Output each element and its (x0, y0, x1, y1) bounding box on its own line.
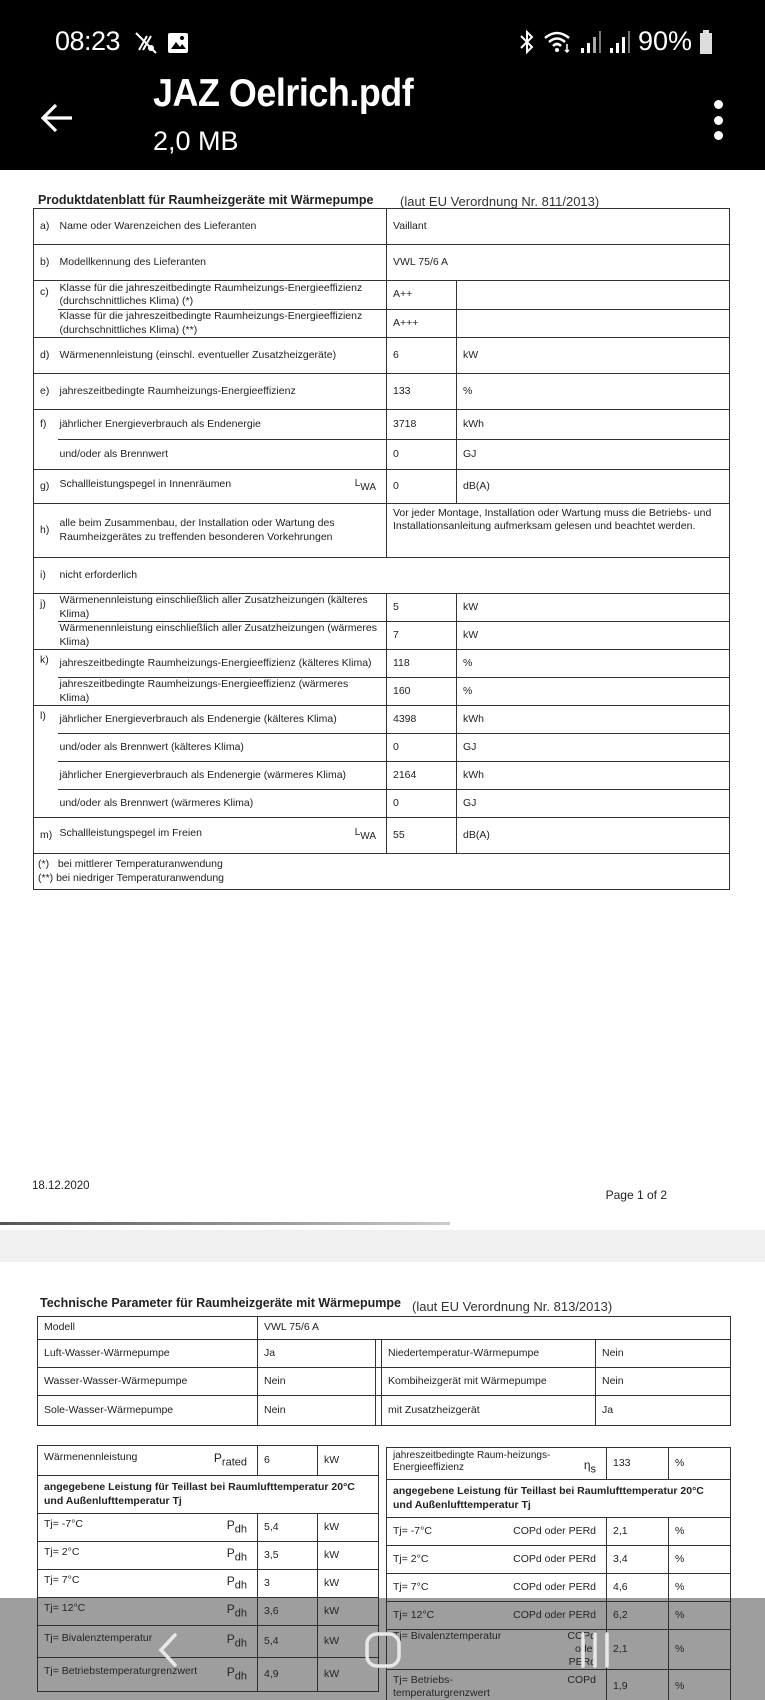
mute-icon (133, 30, 159, 56)
product-data-table: a) Name oder Warenzeichen des Lieferante… (33, 208, 730, 890)
table-row: und/oder als Brennwert 0 GJ (34, 440, 730, 470)
page2-title: Technische Parameter für Raumheizgeräte … (40, 1296, 401, 1310)
table-row: Sole-Wasser-WärmepumpeNein mit Zusatzhei… (38, 1396, 731, 1426)
table-row: d) Wärmenennleistung (einschl. eventuell… (34, 338, 730, 374)
battery-percent: 90% (638, 26, 692, 57)
table-row: und/oder als Brennwert (wärmeres Klima) … (34, 790, 730, 818)
table-row: Tj= -7°CPdh5,4kW (38, 1514, 379, 1542)
table-row: j) Wärmenennleistung einschließlich alle… (34, 594, 730, 622)
table-row: l) jährlicher Energieverbrauch als Enden… (34, 706, 730, 734)
wifi-icon (543, 30, 573, 54)
bluetooth-icon (518, 29, 536, 55)
table-row: Tj= 7°CPdh3kW (38, 1570, 379, 1598)
back-icon (148, 1630, 188, 1670)
more-vertical-icon (714, 100, 723, 109)
table-row: und/oder als Brennwert (kälteres Klima) … (34, 734, 730, 762)
table-row: Tj= 2°CPdh3,5kW (38, 1542, 379, 1570)
image-icon (167, 32, 189, 54)
arrow-left-icon (38, 98, 78, 138)
page-divider (0, 1222, 450, 1225)
recents-icon (575, 1630, 615, 1670)
page1-title: Produktdatenblatt für Raumheizgeräte mit… (38, 193, 373, 207)
nav-recents-button[interactable] (575, 1630, 615, 1670)
nav-home-button[interactable] (363, 1630, 403, 1670)
signal-icon (609, 30, 631, 54)
table-row: e) jahreszeitbedingte Raumheizungs-Energ… (34, 374, 730, 410)
page2-regulation: (laut EU Verordnung Nr. 813/2013) (412, 1299, 612, 1314)
home-icon (363, 1630, 403, 1670)
pdf-page-1[interactable]: Produktdatenblatt für Raumheizgeräte mit… (0, 170, 765, 1230)
table-row: (*) bei mittlerer Temperaturanwendung (*… (34, 854, 730, 890)
system-nav-bar (0, 1598, 765, 1700)
footnotes: (*) bei mittlerer Temperaturanwendung (*… (34, 854, 730, 890)
table-row: h) alle beim Zusammenbau, der Installati… (34, 504, 730, 558)
table-row: Tj= 2°CCOPd oder PERd3,4% (387, 1546, 731, 1574)
nav-back-button[interactable] (148, 1630, 188, 1670)
table-row: c) Klasse für die jahreszeitbedingte Rau… (34, 281, 730, 310)
page1-regulation: (laut EU Verordnung Nr. 811/2013) (400, 194, 599, 209)
footer-date: 18.12.2020 (32, 1180, 90, 1192)
table-row: WärmenennleistungPrated 6 kW (38, 1446, 379, 1476)
table-row: Wasser-Wasser-WärmepumpeNein Kombiheizge… (38, 1368, 731, 1396)
table-row: jährlicher Energieverbrauch als Endenerg… (34, 762, 730, 790)
table-row: Tj= -7°CCOPd oder PERd2,1% (387, 1518, 731, 1546)
footer-page-number: Page 1 of 2 (606, 1188, 667, 1202)
status-time: 08:23 (55, 26, 120, 57)
document-size: 2,0 MB (153, 126, 239, 157)
model-type-table: ModellVWL 75/6 A Luft-Wasser-WärmepumpeJ… (37, 1316, 731, 1426)
table-row: b) Modellkennung des Lieferanten VWL 75/… (34, 245, 730, 281)
more-options-button[interactable] (706, 100, 730, 140)
back-button[interactable] (38, 98, 78, 138)
battery-icon (699, 29, 713, 55)
table-row: g) Schallleistungspegel in InnenräumenLW… (34, 470, 730, 504)
table-row: f) jährlicher Energieverbrauch als Enden… (34, 410, 730, 440)
document-title: JAZ Oelrich.pdf (153, 72, 413, 116)
table-row: k) jahreszeitbedingte Raumheizungs-Energ… (34, 650, 730, 678)
app-header: 08:23 90% (0, 0, 765, 170)
table-row: ηsjahreszeitbedingte Raum-heizungs-Energ… (387, 1448, 731, 1480)
table-row: Luft-Wasser-WärmepumpeJa Niedertemperatu… (38, 1340, 731, 1368)
signal-icon (580, 30, 602, 54)
table-row: m) Schallleistungspegel im FreienLWA 55 … (34, 818, 730, 854)
table-row: i) nicht erforderlich (34, 558, 730, 594)
table-row: Wärmenennleistung einschließlich aller Z… (34, 622, 730, 650)
status-bar: 08:23 90% (0, 22, 765, 62)
table-row: jahreszeitbedingte Raumheizungs-Energiee… (34, 678, 730, 706)
table-row: a) Name oder Warenzeichen des Lieferante… (34, 209, 730, 245)
table-row: Klasse für die jahreszeitbedingte Raumhe… (34, 310, 730, 338)
